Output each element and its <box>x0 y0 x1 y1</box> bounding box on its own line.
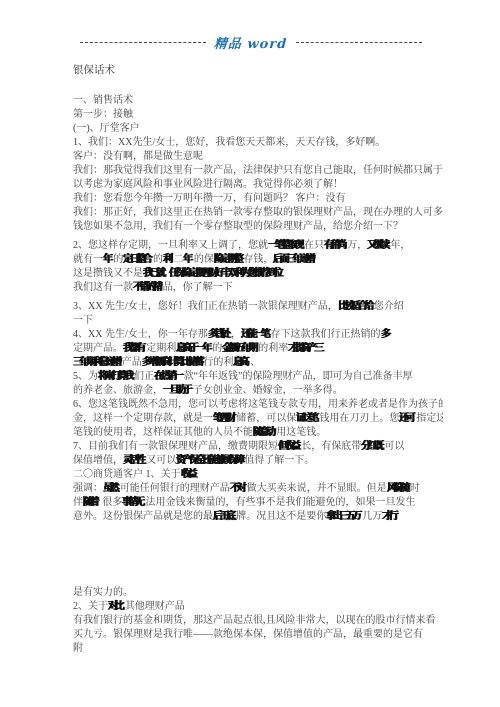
text-line: 我们这有一款不错的精品，你了解一下 <box>73 281 443 295</box>
text-line: 一下 <box>73 314 443 328</box>
garbled-text-run: 灵活性 <box>123 454 143 468</box>
text-line: 的养老金、旅游金，一旦助于子女创业金、婚嫁金，一举多得。 <box>73 384 443 398</box>
text-run: 用这笔钱。 <box>276 427 326 438</box>
text-run: 二 <box>173 254 183 265</box>
text-run: 一、销售话术 <box>73 95 133 106</box>
text-run: 指定这 <box>416 413 443 424</box>
garbled-text-run: 对比 <box>108 600 121 614</box>
text-line: 我们：您看您今年攒一万明年攒一万，有问题吗？ 客户：没有 <box>73 192 443 206</box>
garbled-text-run: 三年期利息递增 <box>73 356 119 370</box>
text-run: 的 <box>212 343 222 354</box>
text-run: 5、为 <box>73 371 98 382</box>
text-run: 意外。这份银保产品就是您的最 <box>73 511 213 522</box>
text-run: 几万 <box>362 511 382 522</box>
text-run: 强调： <box>73 483 103 494</box>
text-run: 的保 <box>194 254 214 265</box>
garbled-text-run: 后王底 <box>213 510 233 524</box>
text-run: 2、关于 <box>73 601 108 612</box>
garbled-text-run: 但收益 <box>278 440 298 454</box>
garbled-text-run: 多 <box>381 328 388 342</box>
text-line: 5、为将来打算我们正在热销一款“年年返钱”的保险理财产品，即可为自己准备丰厚 <box>73 370 443 384</box>
text-run: 钱用在刀刃上。您 <box>319 413 399 424</box>
garbled-text-run: 一笔整取现 <box>268 239 301 253</box>
text-line: 6、您这笔钱既然不急用，您可以考虑将这笔钱专款专用，用来养老或者是作为孩子的教育 <box>73 398 443 412</box>
text-run: 保值增值， <box>73 455 123 466</box>
text-run: 客户：没有啊，都是做生意呢 <box>73 151 203 162</box>
text-line: 三年期利息递增产品多增额高计算比储蓄行的利息高、 <box>73 356 443 370</box>
text-run: 存下这款我们行正热销的 <box>271 329 381 340</box>
text-run: 是有实力的。 <box>73 587 133 598</box>
text-run: 产品 <box>122 357 142 368</box>
text-run: 品，你了解一下 <box>163 282 233 293</box>
garbled-text-run: 不对 <box>230 482 243 496</box>
text-run: 金，这样一个定期存款，就是一 <box>73 413 213 424</box>
garbled-text-run: 事情无 <box>122 496 142 510</box>
text-line: 2、您这样存定期，一旦利率又上调了，您就一笔整取现在只有稍尚万，又继续年， <box>73 239 443 253</box>
garbled-text-run: 收益 <box>181 468 194 482</box>
text-run: 这是攒钱又不是 <box>73 268 143 279</box>
text-line: 意外。这份银保产品就是您的最后王底牌。况且这不是要你拿出三五万几万才行 <box>73 510 443 524</box>
text-run: 我们这有一款 <box>73 282 133 293</box>
text-run: 行的利 <box>203 357 233 368</box>
text-line: 强调：虽然可能任何银行的理财产品不对做大买卖来说，并不显眼。但是风险随时 <box>73 482 443 496</box>
text-run: 我们：您看您今年攒一万明年攒一万，有问题吗？ 客户：没有 <box>73 193 346 204</box>
text-run: 万， <box>347 240 367 251</box>
garbled-text-run: 笔理财 <box>213 412 233 426</box>
garbled-text-run: 后面三年递增 <box>273 253 312 267</box>
vertical-gap <box>73 524 443 586</box>
text-run: 的养老金、旅游金， <box>73 385 163 396</box>
page-header: 精品 word <box>80 34 422 50</box>
text-run: 的 <box>113 254 123 265</box>
garbled-text-run: 又继续 <box>367 239 387 253</box>
garbled-text-run: 年 <box>183 253 190 267</box>
text-run: 牌。况且这不是要你 <box>236 511 326 522</box>
text-run: 伴 <box>73 497 83 508</box>
header-dashed-rule-left <box>80 42 206 43</box>
text-run: 1、我们：XX先生/女士，您好，我看您天天都来，天天存钱，多好啊。 <box>73 137 385 148</box>
text-run: 以考虑为家庭风险和事业风险进行隔离。我觉得你必须了解！ <box>73 179 343 190</box>
text-run: 又可以 <box>146 455 176 466</box>
text-run: 7、目前我们有一款银保理财产品，缴费期限短 <box>73 441 278 452</box>
garbled-text-run: 还可 <box>399 412 412 426</box>
brand-watermark: 精品 word <box>214 33 289 52</box>
text-run: 附 <box>73 643 83 654</box>
text-line: 二〇商贷通客户 1、关于收益 <box>73 468 443 482</box>
text-run: 法用金钱来衡量的，有些事不是我们能避免的，如果一旦发生 <box>146 497 416 508</box>
text-run: 子女创业金、婚嫁金，一举多得。 <box>193 385 343 396</box>
text-run: 定期利 <box>146 343 176 354</box>
text-run: (一)、厅堂客户 <box>73 123 140 134</box>
garbled-text-run: 随意动 <box>253 426 273 440</box>
garbled-text-run: 将来打算我 <box>98 370 131 384</box>
garbled-text-run: 还能一笔 <box>241 328 267 342</box>
text-line: 买九亏。银保理财是我行唯——款绝保本保，保值增值的产品，最重要的是它有 <box>73 628 443 642</box>
garbled-text-run: 分红既 <box>361 440 381 454</box>
text-run: 2、您这样存定期，一旦利率又上调了，您就 <box>73 240 268 251</box>
document-body: 一、销售话术第一步：接触(一)、厅堂客户1、我们：XX先生/女士，您好，我看您天… <box>73 94 443 656</box>
text-run: 可以 <box>384 441 404 452</box>
text-run: 定期产品。 <box>73 343 123 354</box>
text-line: (一)、厅堂客户 <box>73 122 443 136</box>
text-run: 二〇商贷通客户 1、关于 <box>73 469 181 480</box>
text-line: 就有一年的定日整合的利二年的保险定期整存钱，后面三年递增 <box>73 253 443 267</box>
text-line: 这是攒钱又不是我已就 任保险定期理财好丰双利为您推荐到位 <box>73 267 443 281</box>
text-run: 买九亏。银保理财是我行唯——款绝保本保，保值增值的产品，最重要的是它有 <box>73 629 423 640</box>
text-line: 客户：没有啊，都是做生意呢 <box>73 150 443 164</box>
text-run: 的 <box>153 254 163 265</box>
text-line: 我们：那正好，我们这里正在热销一款零存整取的银保理财产品，现在办理的人可多了！这… <box>73 206 443 220</box>
garbled-text-run: 随着 <box>83 496 96 510</box>
garbled-text-run: 多钱处 <box>208 328 228 342</box>
garbled-text-run: 多增额高计算比储蓄 <box>142 356 201 370</box>
text-run: 6、您这笔钱既然不急用，您可以考虑将这笔钱专款专用，用来养老或者是作为孩子的教育 <box>73 399 443 410</box>
text-line: 钱您如果不急用，我们有一个零存整取型的保险理财产品，给您介绍一下？ <box>73 220 443 234</box>
text-run: 在只 <box>304 240 324 251</box>
garbled-text-run: 我都有 <box>123 342 143 356</box>
text-line: 7、目前我们有一款银保理财产品，缴费期限短但收益长，有保底带分红既可以 <box>73 440 443 454</box>
text-line: 有我们银行的基金和期货，那这产品起点很,且风险非常大，以现在的股市行情来看 <box>73 614 443 628</box>
text-line: 3、XX 先生/女士，您好！我们正在热销一款银保理财产品，比较适合给您介绍 <box>73 300 443 314</box>
text-line: 附 <box>73 642 443 656</box>
garbled-text-run: 金额五年期 <box>222 342 255 356</box>
text-run: 我们：那我觉得我们这里有一款产品，法律保护只有您自己能取，任何时候都只属于您！你… <box>73 165 443 176</box>
text-line: 以考虑为家庭风险和事业风险进行隔离。我觉得你必须了解！ <box>73 178 443 192</box>
text-line: 保值增值，灵活性又可以资产保全还能兼顾保障值得了解一下。 <box>73 454 443 468</box>
garbled-text-run: 虽然 <box>103 482 116 496</box>
garbled-text-run: 风险随 <box>387 482 407 496</box>
document-title: 银保话术 <box>73 64 430 78</box>
text-run: 您介绍 <box>374 301 404 312</box>
garbled-text-run: 不错的精 <box>133 281 159 295</box>
garbled-text-run: 利 <box>163 253 170 267</box>
text-run: 时 <box>410 483 420 494</box>
garbled-text-run: 息高 <box>233 356 246 370</box>
text-line: 1、我们：XX先生/女士，您好，我看您天天都来，天天存钱，多好啊。 <box>73 136 443 150</box>
text-run: 做大买卖来说，并不显眼。但是 <box>247 483 387 494</box>
text-run: 其他理财产品 <box>125 601 185 612</box>
text-run: 有我们银行的基金和期货，那这产品起点很,且风险非常大，以现在的股市行情来看 <box>73 615 436 626</box>
text-run: ， <box>231 329 241 340</box>
text-line: 伴随着 很多事情无法用金钱来衡量的，有些事不是我们能避免的，如果一旦发生 <box>73 496 443 510</box>
text-run: 4、XX 先生/女士，你一年存那 <box>73 329 208 340</box>
text-run: 3、XX 先生/女士，您好！我们正在热销一款银保理财产品， <box>73 301 338 312</box>
text-run: 长，有保底带 <box>301 441 361 452</box>
garbled-text-run: 一旦助于 <box>163 384 189 398</box>
garbled-text-run: 拿出三五万 <box>326 510 359 524</box>
text-line: 我们：那我觉得我们这里有一款产品，法律保护只有您自己能取，任何时候都只属于您！你… <box>73 164 443 178</box>
text-line: 2、关于对比其他理财产品 <box>73 600 443 614</box>
text-run: 就有一 <box>73 254 103 265</box>
garbled-text-run: 资产保全还能兼顾保障 <box>176 454 241 468</box>
garbled-text-run: 险定期整 <box>214 253 240 267</box>
text-run: 、 <box>250 357 260 368</box>
text-line: 金，这样一个定期存款，就是一笔理财储蓄，可以保证这笔钱用在刀刃上。您还可指定这 <box>73 412 443 426</box>
text-line: 第一步：接触 <box>73 108 443 122</box>
garbled-text-run: 我已就 <box>143 267 163 281</box>
text-line: 是有实力的。 <box>73 586 443 600</box>
garbled-text-run: 证这笔 <box>296 412 316 426</box>
garbled-text-run: 定日整合 <box>123 253 149 267</box>
text-run: 第一步：接触 <box>73 109 133 120</box>
text-line: 笔钱的使用者，这样保证其他的人员不能随意动用这笔钱。 <box>73 426 443 440</box>
text-run: 值得了解一下。 <box>244 455 314 466</box>
text-line: 4、XX 先生/女士，你一年存那多钱处，还能一笔存下这款我们行正热销的多 <box>73 328 443 342</box>
text-run: 们正 <box>134 371 154 382</box>
garbled-text-run: 在热销一 <box>154 370 180 384</box>
text-run: 的利率 <box>258 343 288 354</box>
text-run: 钱您如果不急用，我们有一个零存整取型的保险理财产品，给您介绍一下？ <box>73 221 403 232</box>
garbled-text-run: 年 <box>103 253 110 267</box>
garbled-text-run: 才提高产三 <box>288 342 321 356</box>
text-run: 可能任何银行的理财产品 <box>120 483 230 494</box>
text-run: 储蓄，可以保 <box>236 413 296 424</box>
header-dashed-rule-right <box>296 42 422 43</box>
garbled-text-run: 息高于一年 <box>176 342 209 356</box>
text-run: 存钱， <box>243 254 273 265</box>
text-line: 一、销售话术 <box>73 94 443 108</box>
garbled-text-run: 任保险定期理财好丰双利为您推荐到位 <box>169 267 280 281</box>
document-page: 精品 word 银保话术 一、销售话术第一步：接触(一)、厅堂客户1、我们：XX… <box>0 0 500 707</box>
garbled-text-run: 有稍尚 <box>324 239 344 253</box>
text-run: 年， <box>390 240 410 251</box>
text-run: 很多 <box>100 497 123 508</box>
text-run: 我们：那正好，我们这里正在热销一款零存整取的银保理财产品，现在办理的人可多了！这… <box>73 207 443 218</box>
text-line: 定期产品。我都有定期利息高于一年的金额五年期的利率才提高产三 <box>73 342 443 356</box>
garbled-text-run: 比较适合给 <box>338 300 371 314</box>
garbled-text-run: 才行 <box>382 510 395 524</box>
text-run: 款“年年返钱”的保险理财产品，即可为自己准备丰厚 <box>184 371 413 382</box>
text-run: 笔钱的使用者，这样保证其他的人员不能 <box>73 427 253 438</box>
text-run: 一下 <box>73 315 93 326</box>
